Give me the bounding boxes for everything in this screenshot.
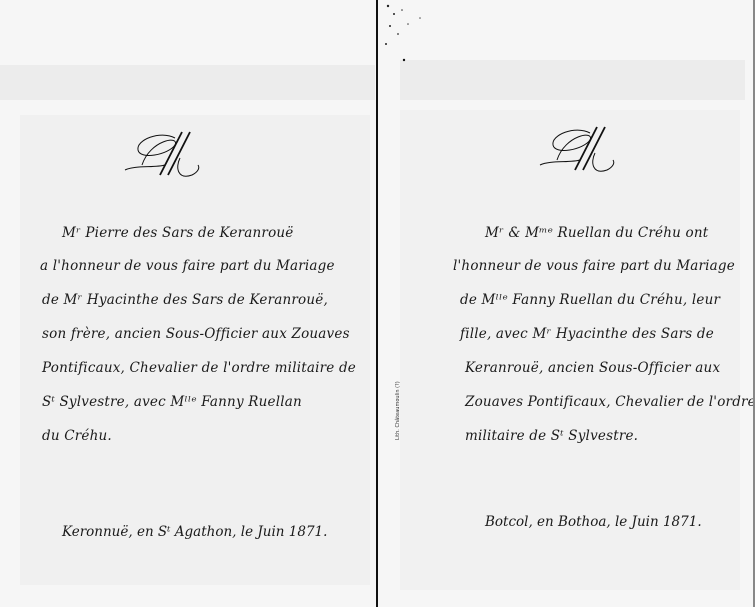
announcement-line: Sᵗ Sylvestre, avec Mˡˡᵉ Fanny Ruellan [42,394,302,410]
announcement-line: l'honneur de vous faire part du Mariage [453,258,735,274]
announcement-line: du Créhu. [42,428,112,444]
announcement-line: militaire de Sᵗ Sylvestre. [465,428,638,444]
scanned-document: Mʳ Pierre des Sars de Keranrouë a l'honn… [0,0,755,607]
printer-margin-note: Lith. Châteaumoulin (?) [395,381,401,440]
announcement-line: Mʳ Pierre des Sars de Keranrouë [62,225,294,241]
right-page: Mʳ & Mᵐᵉ Ruellan du Créhu ont l'honneur … [380,0,755,607]
monogram-m-icon [535,115,625,185]
dateline-left: Keronnuë, en Sᵗ Agathon, le Juin 1871. [62,524,327,540]
announcement-line: de Mˡˡᵉ Fanny Ruellan du Créhu, leur [460,292,720,308]
announcement-line: fille, avec Mʳ Hyacinthe des Sars de [460,326,714,342]
monogram-m-icon [120,120,210,190]
announcement-line: son frère, ancien Sous-Officier aux Zoua… [42,326,350,342]
announcement-line: Pontificaux, Chevalier de l'ordre milita… [42,360,356,376]
announcement-line: a l'honneur de vous faire part du Mariag… [40,258,335,274]
announcement-line: de Mʳ Hyacinthe des Sars de Keranrouë, [42,292,328,308]
page-fold-divider [376,0,378,607]
dateline-right: Botcol, en Bothoa, le Juin 1871. [485,514,702,530]
announcement-line: Zouaves Pontificaux, Chevalier de l'ordr… [465,394,755,410]
announcement-line: Keranrouë, ancien Sous-Officier aux [465,360,720,376]
announcement-line: Mʳ & Mᵐᵉ Ruellan du Créhu ont [485,225,708,241]
left-page: Mʳ Pierre des Sars de Keranrouë a l'honn… [0,0,377,607]
